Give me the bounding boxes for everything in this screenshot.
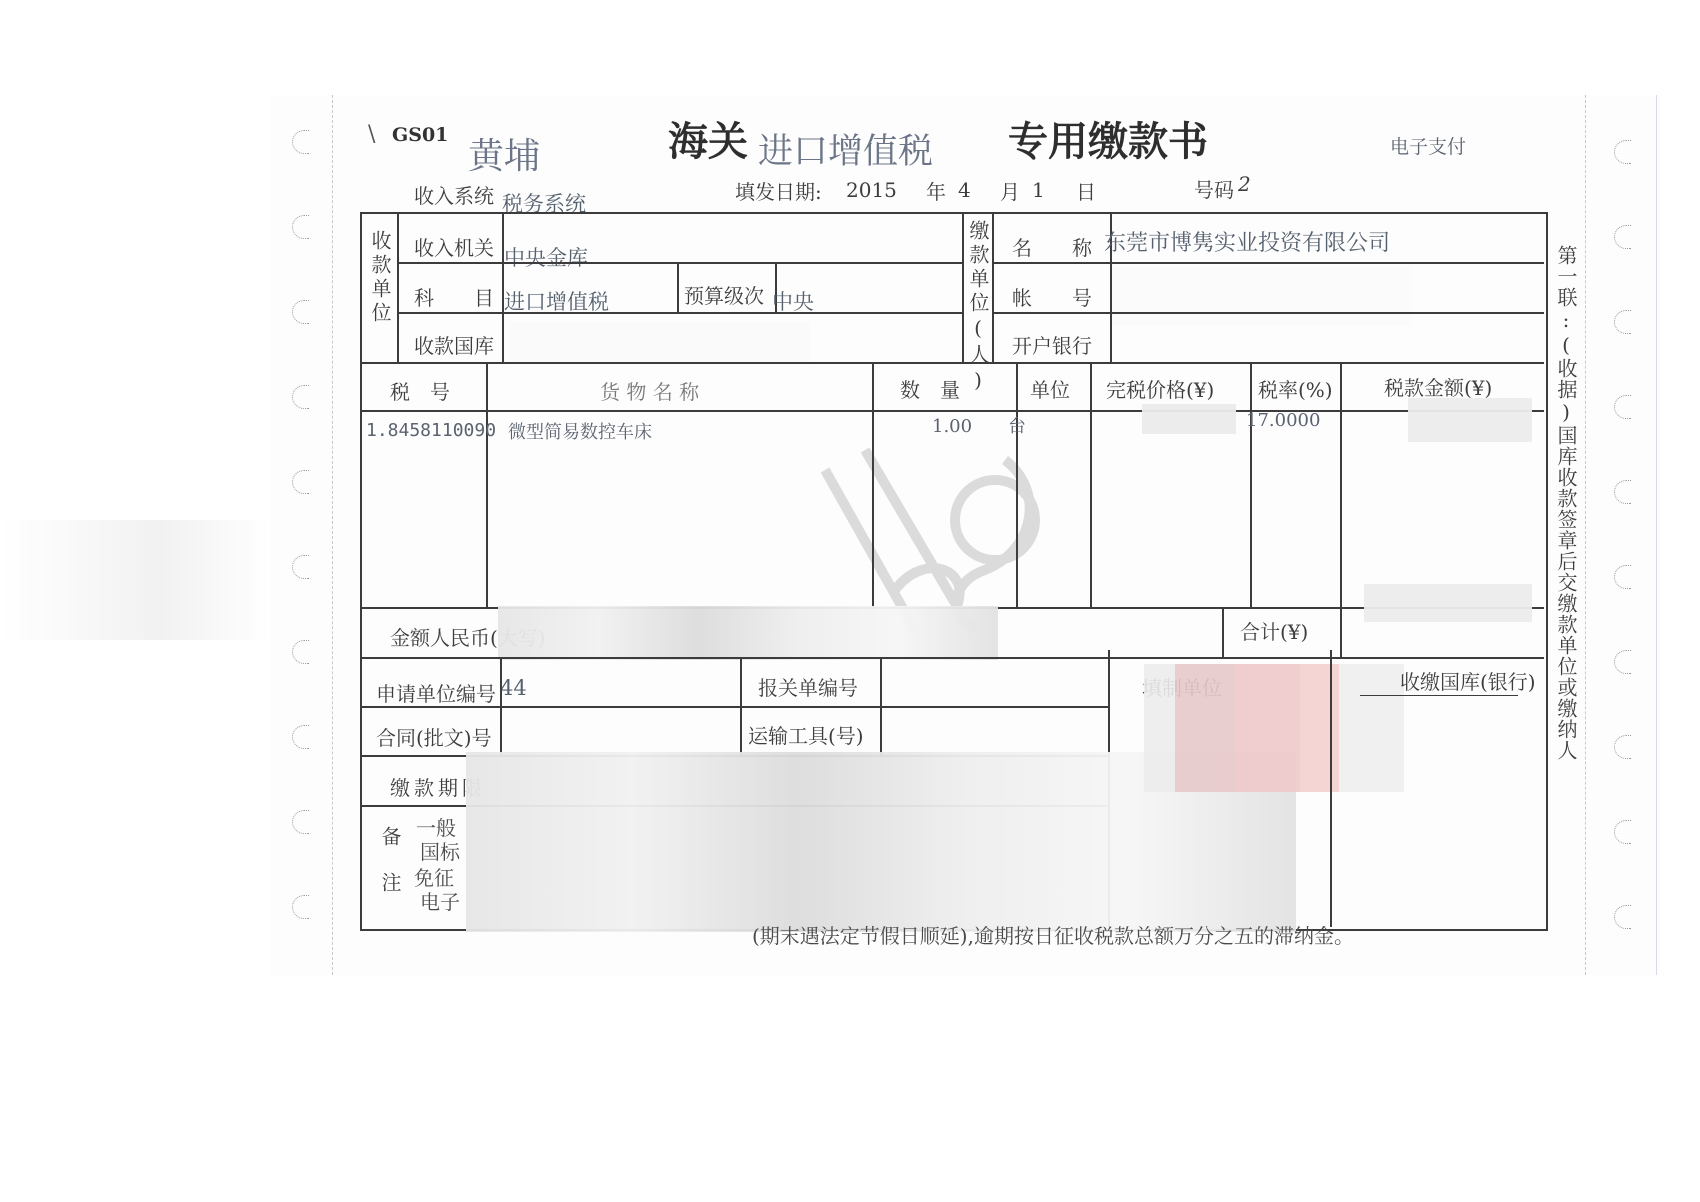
perforation-hole-icon [1614, 905, 1631, 929]
perforation-hole-icon [1614, 310, 1631, 334]
perforation-hole-icon [292, 385, 309, 409]
remarks-line: 电子 [420, 890, 460, 914]
remarks-line: 国标 [420, 840, 460, 864]
total-label: 合计(¥) [1240, 616, 1308, 645]
title-tax-type: 进口增值税 [758, 124, 933, 174]
header-tax-no: 税 号 [390, 376, 450, 405]
perforation-hole-icon [292, 215, 309, 239]
row-goods-name: 微型简易数控车床 [508, 418, 652, 444]
fill-year: 2015 [846, 178, 897, 202]
header-tax-amount: 税款金额(¥) [1384, 372, 1492, 401]
perforation-hole-icon [1614, 735, 1631, 759]
authority-label: 收入机关 [414, 232, 494, 261]
contract-no-label: 合同(批文)号 [376, 722, 492, 751]
bank-treasury-label: 收缴国库(银行) [1400, 666, 1536, 695]
perforation-hole-icon [292, 640, 309, 664]
copy-note: 第一联:(收据)国库收款签章后交缴款单位或缴纳人 [1552, 245, 1581, 761]
remarks-label: 备注 [376, 826, 405, 918]
title-suffix: 专用缴款书 [1008, 110, 1208, 167]
perforation-hole-icon [292, 725, 309, 749]
year-label: 年 [926, 176, 946, 205]
perforation-hole-icon [292, 555, 309, 579]
form-code: GS01 [392, 124, 448, 146]
perforation-hole-icon [1614, 480, 1631, 504]
perforation-hole-icon [1614, 140, 1631, 164]
payer-name-value: 东莞市博隽实业投资有限公司 [1104, 226, 1390, 257]
authority-value: 中央金库 [504, 242, 588, 272]
redacted-tax-amount [1408, 398, 1532, 442]
receiver-section-label: 收款单位 [366, 230, 395, 326]
customs-office: 黄埔 [468, 128, 540, 179]
row-tax-rate: 17.0000 [1246, 410, 1320, 431]
header-quantity: 数 量 [900, 374, 960, 403]
subject-label: 科 目 [414, 282, 494, 311]
scan-shadow [0, 520, 270, 640]
redacted-amount-rmb [498, 606, 998, 660]
applicant-code-value: 44 [500, 676, 527, 700]
header-goods-name: 货 物 名 称 [600, 376, 699, 405]
transport-label: 运输工具(号) [748, 720, 864, 749]
revenue-system-label: 收入系统 [414, 180, 494, 209]
remarks-line: 一般 [416, 816, 456, 840]
budget-level-label: 预算级次 [684, 280, 764, 309]
fill-date-label: 填发日期: [735, 176, 822, 205]
footer-note: (期末遇法定节假日顺延),逾期按日征收税款总额万分之五的滞纳金。 [752, 920, 1354, 949]
redacted-price [1142, 404, 1236, 434]
payer-bank-label: 开户银行 [1012, 330, 1092, 359]
perforation-hole-icon [292, 810, 309, 834]
left-perforation-strip [270, 95, 333, 975]
perforation-hole-icon [292, 300, 309, 324]
right-perforation-strip [1585, 95, 1657, 975]
title-prefix: 海关 [668, 110, 748, 167]
month-label: 月 [1000, 176, 1020, 205]
header-unit: 单位 [1030, 374, 1070, 403]
payment-mode: 电子支付 [1390, 132, 1466, 159]
perforation-hole-icon [1614, 225, 1631, 249]
perforation-hole-icon [1614, 565, 1631, 589]
row-tax-no: 1.8458110090 [366, 420, 496, 441]
redacted-total [1364, 584, 1532, 622]
remarks-line: 免征 [414, 866, 454, 890]
perforation-hole-icon [1614, 395, 1631, 419]
perforation-hole-icon [1614, 650, 1631, 674]
day-label: 日 [1076, 176, 1096, 205]
payer-account-label: 帐 号 [1012, 282, 1092, 311]
perforation-hole-icon [292, 130, 309, 154]
perforation-hole-icon [292, 470, 309, 494]
header-tax-rate: 税率(%) [1258, 374, 1333, 403]
tick-mark: \ [368, 122, 375, 147]
payer-section-label: 缴款单位(人) [964, 220, 993, 396]
fill-month: 4 [958, 178, 971, 202]
declaration-no-label: 报关单编号 [758, 672, 858, 701]
perforation-hole-icon [1614, 820, 1631, 844]
number-value: 2 [1238, 172, 1251, 196]
fill-day: 1 [1032, 178, 1045, 202]
redacted-account [1112, 266, 1412, 326]
header-dutiable-price: 完税价格(¥) [1106, 374, 1214, 403]
applicant-code-label: 申请单位编号 [376, 678, 496, 707]
redacted-treasury [510, 322, 810, 362]
payer-name-label: 名 称 [1012, 232, 1092, 261]
perforation-hole-icon [292, 895, 309, 919]
number-label: 号码 [1194, 174, 1234, 203]
redacted-seal [1144, 664, 1404, 792]
treasury-label: 收款国库 [414, 330, 494, 359]
